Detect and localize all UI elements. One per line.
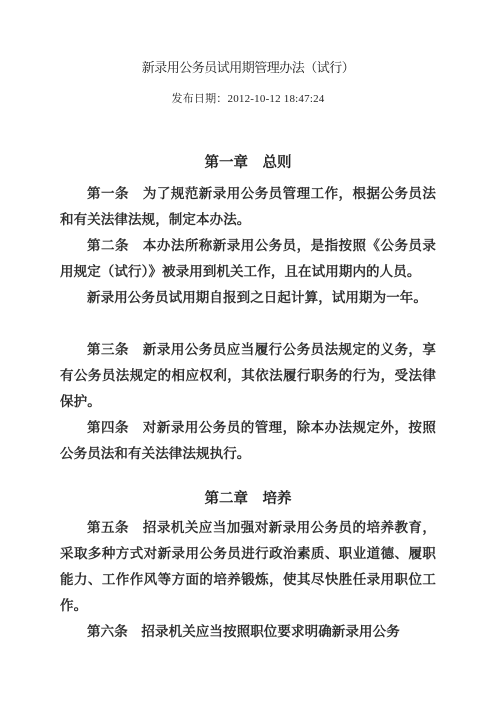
chapter-section-2: 第二章 培养 第五条 招录机关应当加强对新录用公务员的培养教育，采取多种方式对新… xyxy=(60,487,436,645)
publish-date-line: 发布日期：2012-10-12 18:47:24 xyxy=(60,92,436,107)
paragraph-article-2-continued: 新录用公务员试用期自报到之日起计算，试用期为一年。 xyxy=(60,285,436,311)
paragraph-article-5: 第五条 招录机关应当加强对新录用公务员的培养教育，采取多种方式对新录用公务员进行… xyxy=(60,515,436,619)
paragraph-article-3: 第三条 新录用公务员应当履行公务员法规定的义务，享有公务员法规定的相应权利，其依… xyxy=(60,337,436,415)
document-page: 新录用公务员试用期管理办法（试行） 发布日期：2012-10-12 18:47:… xyxy=(0,0,500,708)
publish-date-label: 发布日期： xyxy=(172,93,228,105)
paragraph-article-4: 第四条 对新录用公务员的管理，除本办法规定外，按照公务员法和有关法律法规执行。 xyxy=(60,415,436,467)
paragraph-article-2: 第二条 本办法所称新录用公务员，是指按照《公务员录用规定（试行）》被录用到机关工… xyxy=(60,233,436,285)
chapter-heading: 第一章 总则 xyxy=(60,151,436,175)
paragraph-article-1: 第一条 为了规范新录用公务员管理工作，根据公务员法和有关法律法规，制定本办法。 xyxy=(60,181,436,233)
chapter-section-1: 第一章 总则 第一条 为了规范新录用公务员管理工作，根据公务员法和有关法律法规，… xyxy=(60,151,436,467)
paragraph-article-6-truncated: 第六条 招录机关应当按照职位要求明确新录用公务 xyxy=(60,619,436,645)
document-title: 新录用公务员试用期管理办法（试行） xyxy=(60,58,436,78)
chapter-heading: 第二章 培养 xyxy=(60,487,436,511)
publish-date-value: 2012-10-12 18:47:24 xyxy=(228,93,325,105)
